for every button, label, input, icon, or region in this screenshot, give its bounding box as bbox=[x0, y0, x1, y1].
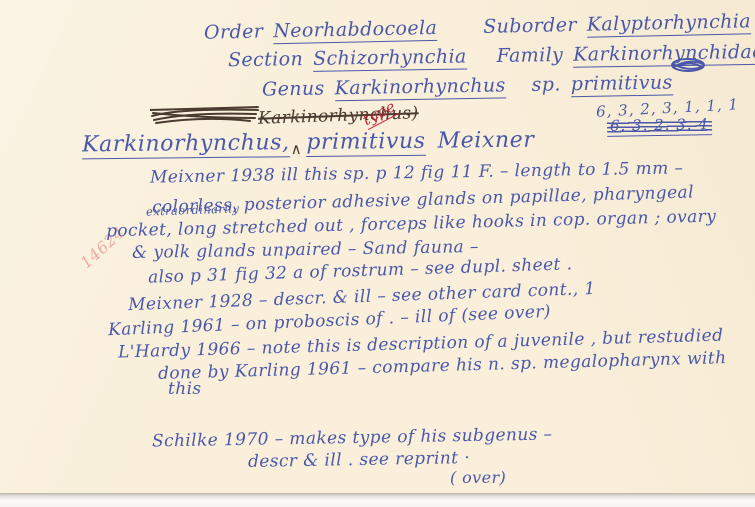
scribbled-out-word bbox=[150, 104, 260, 126]
classification-code-obsolete: 6. 3. 2. 3. 4 bbox=[607, 115, 712, 137]
note-schilke-1970: Schilke 1970 – makes type of his subgenu… bbox=[152, 425, 553, 452]
title-species: primitivus bbox=[306, 129, 426, 157]
suborder-label: Suborder bbox=[483, 14, 577, 38]
genus-label: Genus bbox=[262, 77, 325, 100]
title-author: Meixner bbox=[437, 128, 534, 154]
type-annotation: type bbox=[360, 97, 399, 130]
note-this: this bbox=[168, 379, 202, 399]
inserted-word: extraordinarily bbox=[146, 201, 240, 218]
ink-scribble-blob bbox=[668, 56, 708, 74]
taxonomy-line-genus: GenusKarkinorhynchussp.primitivus bbox=[262, 71, 673, 100]
family-label: Family bbox=[497, 44, 564, 67]
genus-value: Karkinorhynchus bbox=[334, 74, 505, 101]
note-meixner-1938: Meixner 1938 ill this sp. p 12 fig 11 F.… bbox=[150, 158, 684, 187]
order-value: Neorhabdocoela bbox=[273, 17, 438, 44]
section-label: Section bbox=[228, 48, 303, 71]
card-title: Karkinorhynchus,∧primitivusMeixner bbox=[82, 128, 535, 158]
scanned-index-card-page: OrderNeorhabdocoelaSuborderKalyptorhynch… bbox=[0, 0, 755, 507]
insertion-caret: ∧ bbox=[291, 140, 303, 158]
suborder-value: Kalyptorhynchia bbox=[587, 10, 752, 37]
index-card: OrderNeorhabdocoelaSuborderKalyptorhynch… bbox=[0, 0, 755, 493]
order-label: Order bbox=[204, 20, 264, 43]
species-value: primitivus bbox=[571, 71, 673, 97]
title-genus: Karkinorhynchus, bbox=[82, 130, 290, 159]
family-value: Karkinorhynchidae bbox=[573, 41, 755, 68]
section-value: Schizorhynchia bbox=[313, 45, 467, 71]
taxonomy-line-order: OrderNeorhabdocoelaSuborderKalyptorhynch… bbox=[204, 10, 751, 43]
over-note: ( over) bbox=[450, 468, 506, 487]
scan-background-strip bbox=[0, 493, 755, 507]
sp-label: sp. bbox=[531, 73, 561, 96]
note-schilke-cont: descr & ill . see reprint · bbox=[248, 448, 470, 472]
